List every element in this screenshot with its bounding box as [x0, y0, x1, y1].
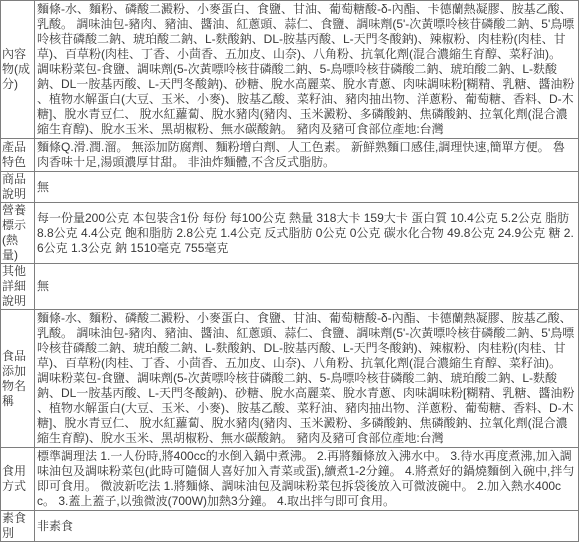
- table-row-preparation: 食用方式 標準調理法 1.一人份時,將400cc的水倒入鍋中煮沸。 2.再將麵條…: [1, 448, 579, 511]
- row-label-description: 商品說明: [1, 172, 35, 203]
- table-row-additives: 食品添加物名稱 麵條-水、麵粉、磷酸二澱粉、小麥蛋白、食鹽、甘油、葡萄糖酸-δ-…: [1, 310, 579, 448]
- row-content-nutrition: 每一份量200公克 本包裝含1份 每份 每100公克 熱量 318大卡 159大…: [35, 203, 579, 264]
- table-row-vegetarian-type: 素食別 非素食: [1, 511, 579, 542]
- row-content-other-details: 無: [35, 264, 579, 310]
- row-label-ingredients: 內容物(成分): [1, 1, 35, 139]
- table-row-ingredients: 內容物(成分) 麵條-水、麵粉、磷酸二澱粉、小麥蛋白、食鹽、甘油、葡萄糖酸-δ-…: [1, 1, 579, 139]
- row-content-preparation: 標準調理法 1.一人份時,將400cc的水倒入鍋中煮沸。 2.再將麵條放入沸水中…: [35, 448, 579, 511]
- row-content-description: 無: [35, 172, 579, 203]
- row-content-features: 麵條Q.滑.潤.溜。 無添加防腐劑、麵粉增白劑、人工色素。 新鮮熟麵口感佳,調理…: [35, 139, 579, 172]
- row-label-additives: 食品添加物名稱: [1, 310, 35, 448]
- product-info-table: 內容物(成分) 麵條-水、麵粉、磷酸二澱粉、小麥蛋白、食鹽、甘油、葡萄糖酸-δ-…: [0, 0, 579, 542]
- row-label-features: 產品特色: [1, 139, 35, 172]
- table-row-description: 商品說明 無: [1, 172, 579, 203]
- row-content-vegetarian-type: 非素食: [35, 511, 579, 542]
- row-label-preparation: 食用方式: [1, 448, 35, 511]
- table-row-nutrition: 營養標示(熱量) 每一份量200公克 本包裝含1份 每份 每100公克 熱量 3…: [1, 203, 579, 264]
- row-label-vegetarian-type: 素食別: [1, 511, 35, 542]
- row-content-ingredients: 麵條-水、麵粉、磷酸二澱粉、小麥蛋白、食鹽、甘油、葡萄糖酸-δ-內酯、卡德蘭熱凝…: [35, 1, 579, 139]
- table-row-other-details: 其他詳細說明 無: [1, 264, 579, 310]
- row-content-additives: 麵條-水、麵粉、磷酸二澱粉、小麥蛋白、食鹽、甘油、葡萄糖酸-δ-內酯、卡德蘭熱凝…: [35, 310, 579, 448]
- table-row-features: 產品特色 麵條Q.滑.潤.溜。 無添加防腐劑、麵粉增白劑、人工色素。 新鮮熟麵口…: [1, 139, 579, 172]
- row-label-nutrition: 營養標示(熱量): [1, 203, 35, 264]
- row-label-other-details: 其他詳細說明: [1, 264, 35, 310]
